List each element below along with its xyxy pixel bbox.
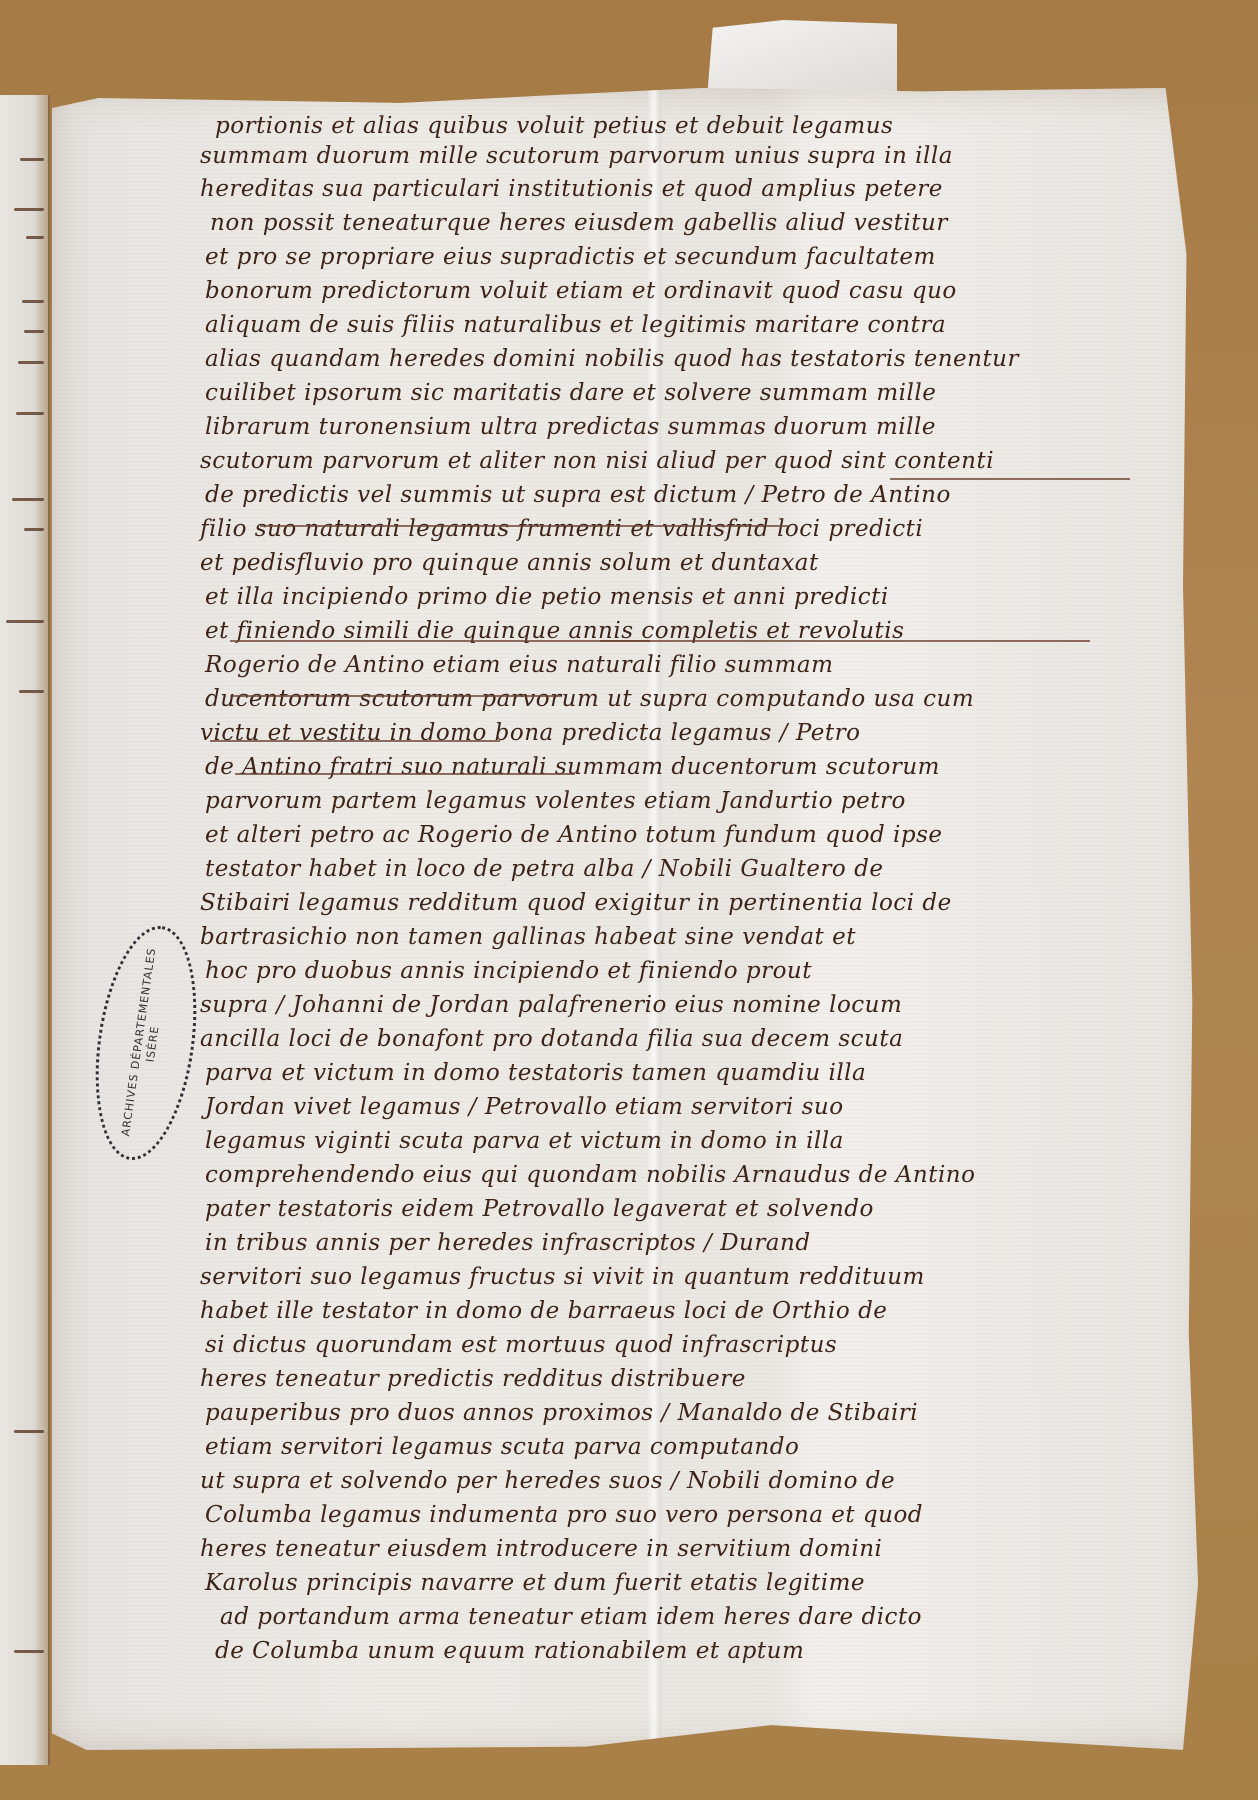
ink-fragment	[22, 300, 44, 303]
manuscript-line: de predictis vel summis ut supra est dic…	[205, 482, 951, 508]
manuscript-line: heres teneatur predictis redditus distri…	[200, 1366, 746, 1392]
manuscript-line: parva et victum in domo testatoris tamen…	[205, 1060, 866, 1086]
ink-fragment	[16, 412, 44, 415]
manuscript-line: et illa incipiendo primo die petio mensi…	[205, 584, 889, 610]
manuscript-line: supra / Johanni de Jordan palafrenerio e…	[200, 992, 902, 1018]
manuscript-line: bonorum predictorum voluit etiam et ordi…	[205, 278, 957, 304]
manuscript-line: heres teneatur eiusdem introducere in se…	[200, 1536, 882, 1562]
underline-stroke	[600, 640, 1090, 642]
manuscript-line: summam duorum mille scutorum parvorum un…	[200, 143, 953, 169]
ink-fragment	[14, 1650, 44, 1653]
manuscript-line: bartrasichio non tamen gallinas habeat s…	[200, 924, 856, 950]
manuscript-line: parvorum partem legamus volentes etiam J…	[205, 788, 906, 814]
manuscript-line: ancilla loci de bonafont pro dotanda fil…	[200, 1026, 903, 1052]
manuscript-line: Rogerio de Antino etiam eius naturali fi…	[205, 652, 833, 678]
ink-fragment	[18, 361, 44, 364]
manuscript-line: victu et vestitu in domo bona predicta l…	[200, 720, 860, 746]
manuscript-line: ad portandum arma teneatur etiam idem he…	[220, 1604, 922, 1630]
ink-fragment	[12, 498, 44, 501]
manuscript-line: cuilibet ipsorum sic maritatis dare et s…	[205, 380, 936, 406]
manuscript-line: filio suo naturali legamus frumenti et v…	[200, 516, 923, 542]
ink-fragment	[19, 690, 44, 693]
manuscript-line: hoc pro duobus annis incipiendo et finie…	[205, 958, 812, 984]
ink-fragment	[20, 158, 44, 161]
underline-stroke	[230, 695, 560, 697]
manuscript-line: et pedisfluvio pro quinque annis solum e…	[200, 550, 819, 576]
manuscript-line: et alteri petro ac Rogerio de Antino tot…	[205, 822, 943, 848]
manuscript-line: pauperibus pro duos annos proximos / Man…	[205, 1400, 918, 1426]
paper-tab	[707, 20, 897, 98]
manuscript-line: aliquam de suis filiis naturalibus et le…	[205, 312, 946, 338]
manuscript-line: de Columba unum equum rationabilem et ap…	[215, 1638, 804, 1664]
manuscript-line: legamus viginti scuta parva et victum in…	[205, 1128, 844, 1154]
manuscript-line: comprehendendo eius qui quondam nobilis …	[205, 1162, 975, 1188]
underline-stroke	[210, 740, 500, 742]
manuscript-line: alias quandam heredes domini nobilis quo…	[205, 346, 1019, 372]
underline-stroke	[230, 640, 650, 642]
manuscript-line: etiam servitori legamus scuta parva comp…	[205, 1434, 799, 1460]
manuscript-line: portionis et alias quibus voluit petius …	[215, 113, 893, 139]
manuscript-line: servitori suo legamus fructus si vivit i…	[200, 1264, 925, 1290]
manuscript-line: et pro se propriare eius supradictis et …	[205, 244, 936, 270]
manuscript-line: non possit teneaturque heres eiusdem gab…	[210, 210, 948, 236]
manuscript-line: si dictus quorundam est mortuus quod inf…	[205, 1332, 837, 1358]
manuscript-line: pater testatoris eidem Petrovallo legave…	[205, 1196, 874, 1222]
stamp-text: ARCHIVES DÉPARTEMENTALES ISÈRE	[119, 947, 173, 1139]
adjacent-page-edge	[0, 95, 50, 1765]
ink-fragment	[24, 330, 44, 333]
underline-stroke	[260, 525, 790, 527]
ink-fragment	[24, 528, 44, 531]
manuscript-line: ut supra et solvendo per heredes suos / …	[200, 1468, 895, 1494]
manuscript-line: ducentorum scutorum parvorum ut supra co…	[205, 686, 974, 712]
manuscript-line: scutorum parvorum et aliter non nisi ali…	[200, 448, 994, 474]
underline-stroke	[890, 478, 1130, 480]
manuscript-line: de Antino fratri suo naturali summam duc…	[205, 754, 940, 780]
ink-fragment	[6, 620, 44, 623]
ink-fragment	[14, 1430, 44, 1433]
manuscript-line: testator habet in loco de petra alba / N…	[205, 856, 883, 882]
manuscript-line: librarum turonensium ultra predictas sum…	[205, 414, 936, 440]
ink-fragment	[14, 208, 44, 211]
manuscript-line: Karolus principis navarre et dum fuerit …	[205, 1570, 865, 1596]
manuscript-line: habet ille testator in domo de barraeus …	[200, 1298, 887, 1324]
manuscript-line: hereditas sua particulari institutionis …	[200, 176, 943, 202]
manuscript-line: Jordan vivet legamus / Petrovallo etiam …	[205, 1094, 844, 1120]
manuscript-line: in tribus annis per heredes infrascripto…	[205, 1230, 811, 1256]
ink-fragment	[26, 236, 44, 239]
manuscript-line: Columba legamus indumenta pro suo vero p…	[205, 1502, 923, 1528]
underline-stroke	[235, 773, 575, 775]
manuscript-line: Stibairi legamus redditum quod exigitur …	[200, 890, 952, 916]
